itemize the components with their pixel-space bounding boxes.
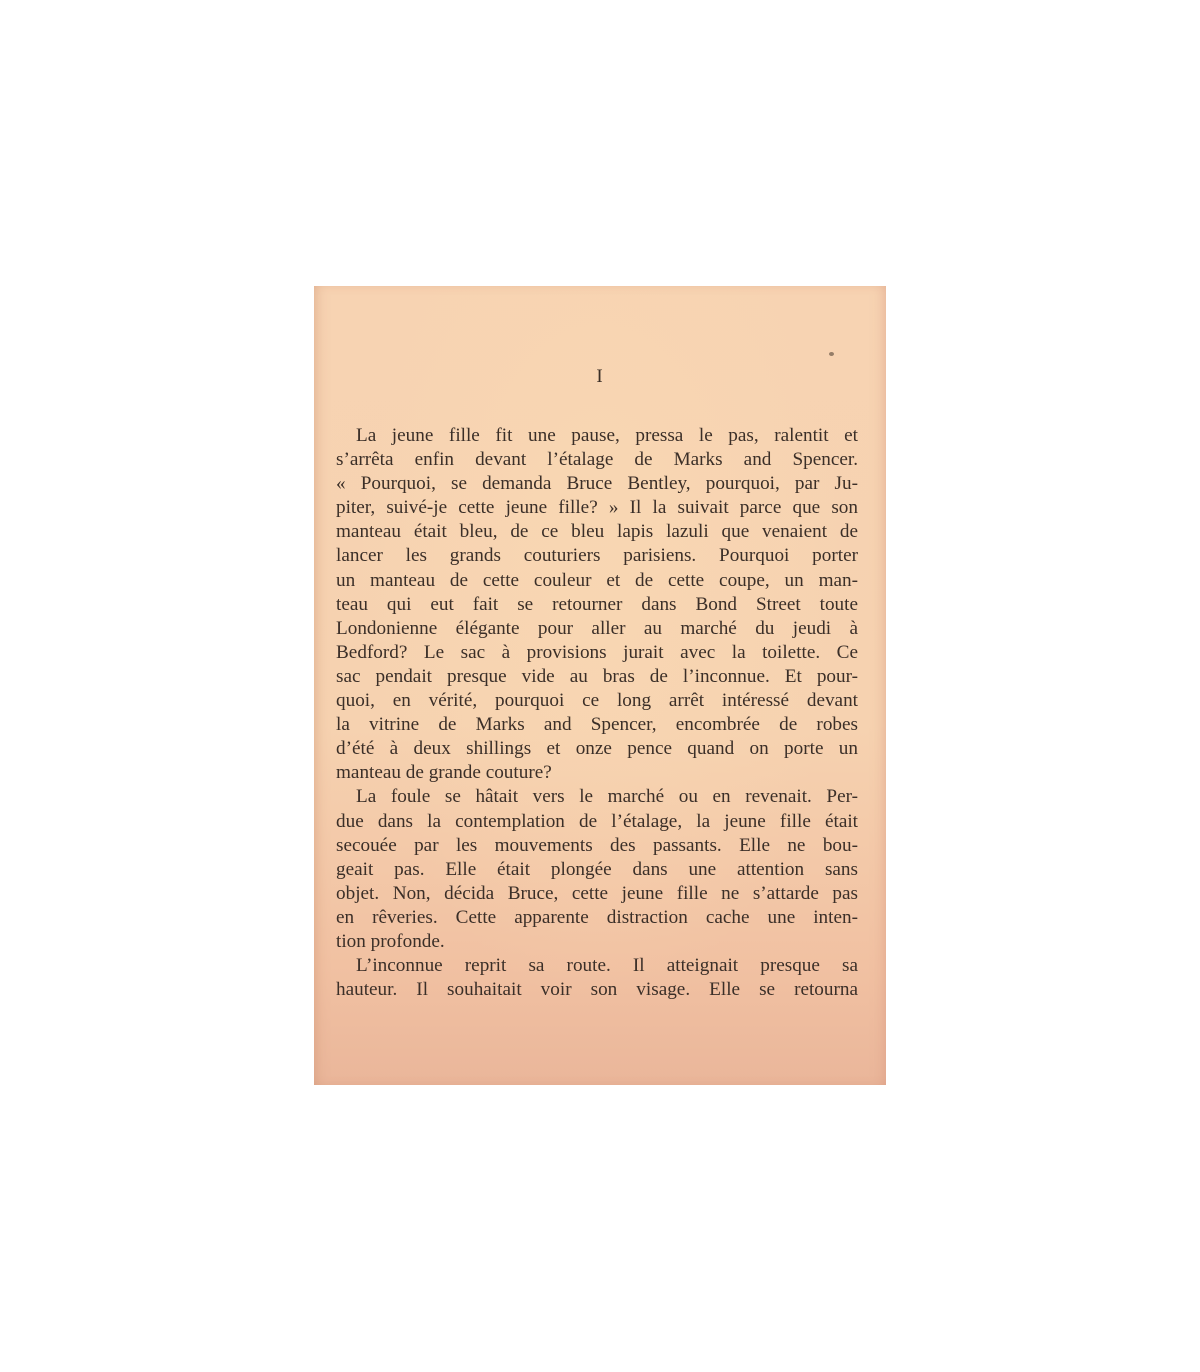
- text-line: La foule se hâtait vers le marché ou en …: [336, 785, 858, 809]
- text-line: sac pendait presque vide au bras de l’in…: [336, 665, 858, 689]
- text-line: la vitrine de Marks and Spencer, encombr…: [336, 713, 858, 737]
- text-line: teau qui eut fait se retourner dans Bond…: [336, 593, 858, 617]
- text-line: objet. Non, décida Bruce, cette jeune fi…: [336, 882, 858, 906]
- text-line: hauteur. Il souhaitait voir son visage. …: [336, 978, 858, 1002]
- text-line: manteau était bleu, de ce bleu lapis laz…: [336, 520, 858, 544]
- text-line: manteau de grande couture?: [336, 761, 858, 785]
- text-line: lancer les grands couturiers parisiens. …: [336, 544, 858, 568]
- text-line: Bedford? Le sac à provisions jurait avec…: [336, 641, 858, 665]
- text-line: secouée par les mouvements des passants.…: [336, 834, 858, 858]
- text-line: piter, suivé-je cette jeune fille? » Il …: [336, 496, 858, 520]
- text-line: La jeune fille fit une pause, pressa le …: [336, 424, 858, 448]
- text-line: geait pas. Elle était plongée dans une a…: [336, 858, 858, 882]
- text-line: en rêveries. Cette apparente distraction…: [336, 906, 858, 930]
- text-line: due dans la contemplation de l’étalage, …: [336, 810, 858, 834]
- text-line: « Pourquoi, se demanda Bruce Bentley, po…: [336, 472, 858, 496]
- text-line: quoi, en vérité, pourquoi ce long arrêt …: [336, 689, 858, 713]
- text-line: L’inconnue reprit sa route. Il atteignai…: [336, 954, 858, 978]
- text-line: Londonienne élégante pour aller au march…: [336, 617, 858, 641]
- text-line: s’arrêta enfin devant l’étalage de Marks…: [336, 448, 858, 472]
- text-line: un manteau de cette couleur et de cette …: [336, 569, 858, 593]
- text-line: d’été à deux shillings et onze pence qua…: [336, 737, 858, 761]
- text-line: tion profonde.: [336, 930, 858, 954]
- chapter-heading: I: [314, 366, 886, 388]
- book-page: I La jeune fille fit une pause, pressa l…: [314, 286, 886, 1085]
- ink-speck: [829, 352, 834, 356]
- body-text: La jeune fille fit une pause, pressa le …: [336, 424, 858, 1002]
